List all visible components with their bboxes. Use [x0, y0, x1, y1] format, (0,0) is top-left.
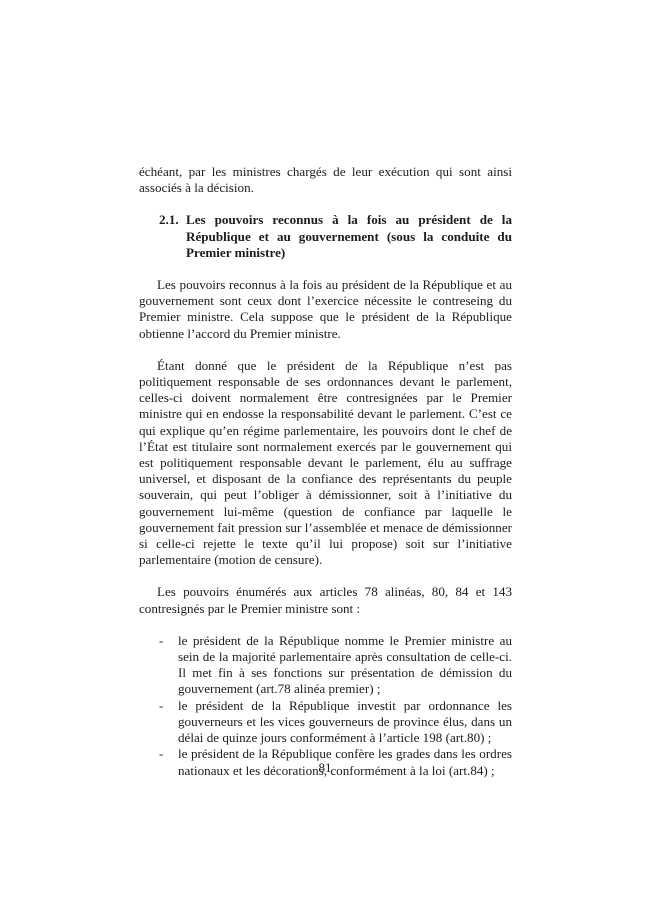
list-item: -le président de la République investit …: [139, 698, 512, 747]
dash-marker: -: [159, 633, 163, 649]
section-title: Les pouvoirs reconnus à la fois au prési…: [186, 212, 512, 259]
paragraph-list-intro: Les pouvoirs énumérés aux articles 78 al…: [139, 584, 512, 616]
dash-list: -le président de la République nomme le …: [139, 633, 512, 779]
paragraph-etant-donne: Étant donné que le président de la Répub…: [139, 358, 512, 569]
dash-marker: -: [159, 698, 163, 714]
list-item: -le président de la République nomme le …: [139, 633, 512, 698]
text-block: échéant, par les ministres chargés de le…: [139, 164, 512, 779]
page-number: 81: [0, 760, 650, 776]
section-number: 2.1.: [159, 212, 186, 228]
section-heading: 2.1.Les pouvoirs reconnus à la fois au p…: [139, 212, 512, 261]
document-page: échéant, par les ministres chargés de le…: [0, 0, 650, 920]
paragraph-powers-recognized: Les pouvoirs reconnus à la fois au prési…: [139, 277, 512, 342]
list-item-text: le président de la République nomme le P…: [178, 633, 512, 697]
list-item-text: le président de la République investit p…: [178, 698, 512, 745]
paragraph-continuation: échéant, par les ministres chargés de le…: [139, 164, 512, 196]
